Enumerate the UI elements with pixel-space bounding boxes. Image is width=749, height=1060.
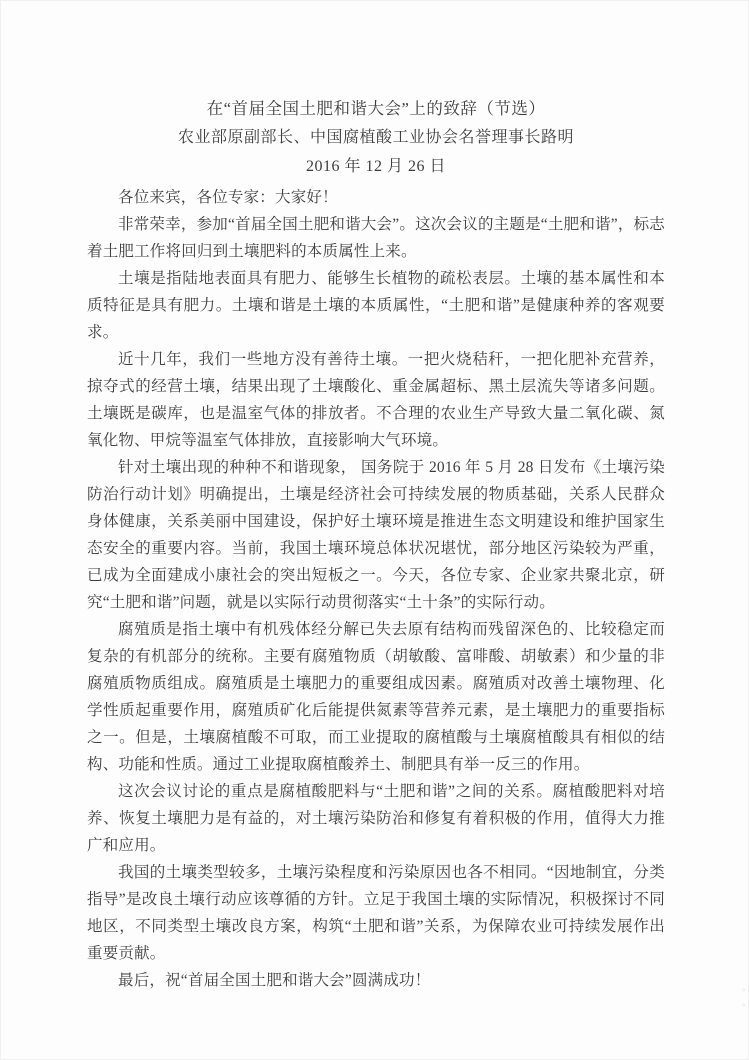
document-author-line: 农业部原副部长、中国腐植酸工业协会名誉理事长路明 (87, 123, 665, 152)
paragraph: 近十几年，我们一些地方没有善待土壤。一把火烧秸秆，一把化肥补充营养，掠夺式的经营… (87, 346, 665, 454)
paragraph: 最后，祝“首届全国土肥和谐大会”圆满成功！ (87, 967, 665, 994)
paragraph: 土壤是指陆地表面具有肥力、能够生长植物的疏松表层。土壤的基本属性和本质特征是具有… (87, 265, 665, 346)
paragraph: 这次会议讨论的重点是腐植酸肥料与“土肥和谐”之间的关系。腐植酸肥料对培养、恢复土… (87, 778, 665, 859)
paragraph: 我国的土壤类型较多，土壤污染程度和污染原因也各不相同。“因地制宜，分类指导”是改… (87, 859, 665, 967)
document-page: 在“首届全国土肥和谐大会”上的致辞（节选） 农业部原副部长、中国腐植酸工业协会名… (0, 0, 749, 1060)
paragraphs: 各位来宾，各位专家：大家好！非常荣幸，参加“首届全国土肥和谐大会”。这次会议的主… (87, 184, 665, 994)
title-block: 在“首届全国土肥和谐大会”上的致辞（节选） 农业部原副部长、中国腐植酸工业协会名… (87, 94, 665, 181)
paragraph: 腐殖质是指土壤中有机残体经分解已失去原有结构而残留深色的、比较稳定而复杂的有机部… (87, 616, 665, 778)
paragraph: 非常荣幸，参加“首届全国土肥和谐大会”。这次会议的主题是“土肥和谐”，标志着土肥… (87, 211, 665, 265)
document-content: 在“首届全国土肥和谐大会”上的致辞（节选） 农业部原副部长、中国腐植酸工业协会名… (87, 94, 665, 994)
paragraph: 各位来宾，各位专家：大家好！ (87, 184, 665, 211)
paragraph: 针对土壤出现的种种不和谐现象， 国务院于 2016 年 5 月 28 日发布《土… (87, 454, 665, 616)
document-title: 在“首届全国土肥和谐大会”上的致辞（节选） (87, 94, 665, 123)
scan-artifact: ◦ (741, 1002, 746, 1010)
scan-artifact: ◦ (741, 987, 746, 995)
document-date: 2016 年 12 月 26 日 (87, 152, 665, 181)
